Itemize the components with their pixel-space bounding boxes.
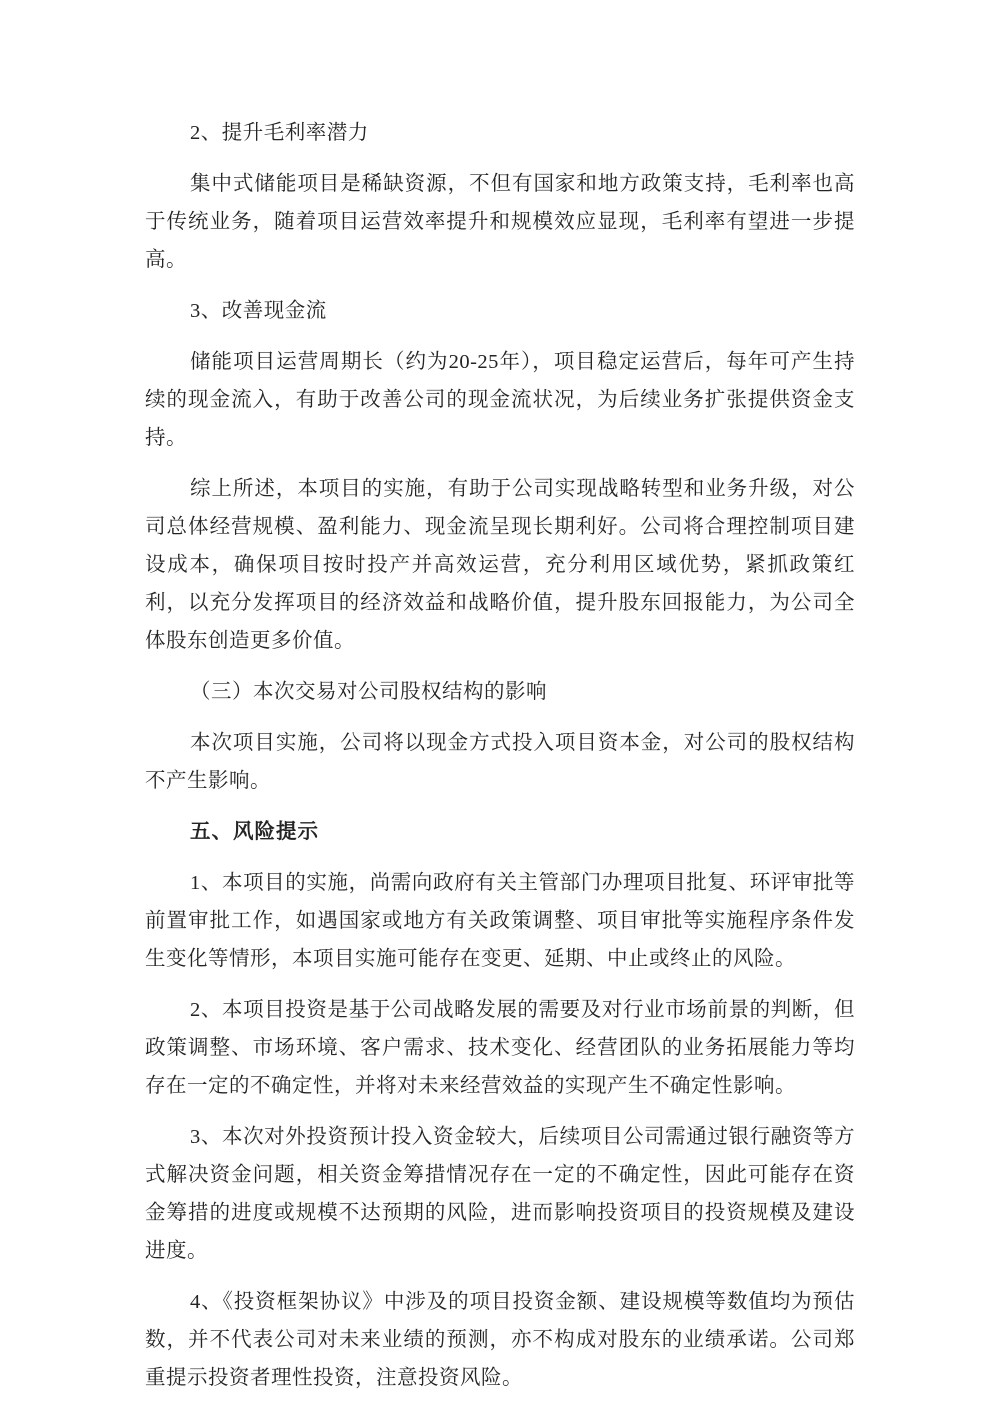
document-page: 2、提升毛利率潜力 集中式储能项目是稀缺资源，不但有国家和地方政策支持，毛利率也… bbox=[0, 0, 1000, 1414]
subheading-gross-margin: 2、提升毛利率潜力 bbox=[145, 114, 855, 152]
paragraph-risk-2: 2、本项目投资是基于公司战略发展的需要及对行业市场前景的判断，但政策调整、市场环… bbox=[145, 991, 855, 1105]
paragraph-risk-4: 4、《投资框架协议》中涉及的项目投资金额、建设规模等数值均为预估数，并不代表公司… bbox=[145, 1283, 855, 1397]
paragraph-equity-structure-impact: 本次项目实施，公司将以现金方式投入项目资本金，对公司的股权结构不产生影响。 bbox=[145, 724, 855, 800]
document-body: 2、提升毛利率潜力 集中式储能项目是稀缺资源，不但有国家和地方政策支持，毛利率也… bbox=[145, 114, 855, 1397]
paragraph-gross-margin: 集中式储能项目是稀缺资源，不但有国家和地方政策支持，毛利率也高于传统业务，随着项… bbox=[145, 165, 855, 279]
subheading-cash-flow: 3、改善现金流 bbox=[145, 292, 855, 330]
subheading-equity-structure-impact: （三）本次交易对公司股权结构的影响 bbox=[145, 673, 855, 711]
section-heading-risk-notice: 五、风险提示 bbox=[145, 813, 855, 851]
paragraph-cash-flow: 储能项目运营周期长（约为20-25年），项目稳定运营后，每年可产生持续的现金流入… bbox=[145, 343, 855, 457]
paragraph-risk-3: 3、本次对外投资预计投入资金较大，后续项目公司需通过银行融资等方式解决资金问题，… bbox=[145, 1118, 855, 1270]
paragraph-risk-1: 1、本项目的实施，尚需向政府有关主管部门办理项目批复、环评审批等前置审批工作，如… bbox=[145, 864, 855, 978]
paragraph-summary: 综上所述，本项目的实施，有助于公司实现战略转型和业务升级，对公司总体经营规模、盈… bbox=[145, 470, 855, 660]
